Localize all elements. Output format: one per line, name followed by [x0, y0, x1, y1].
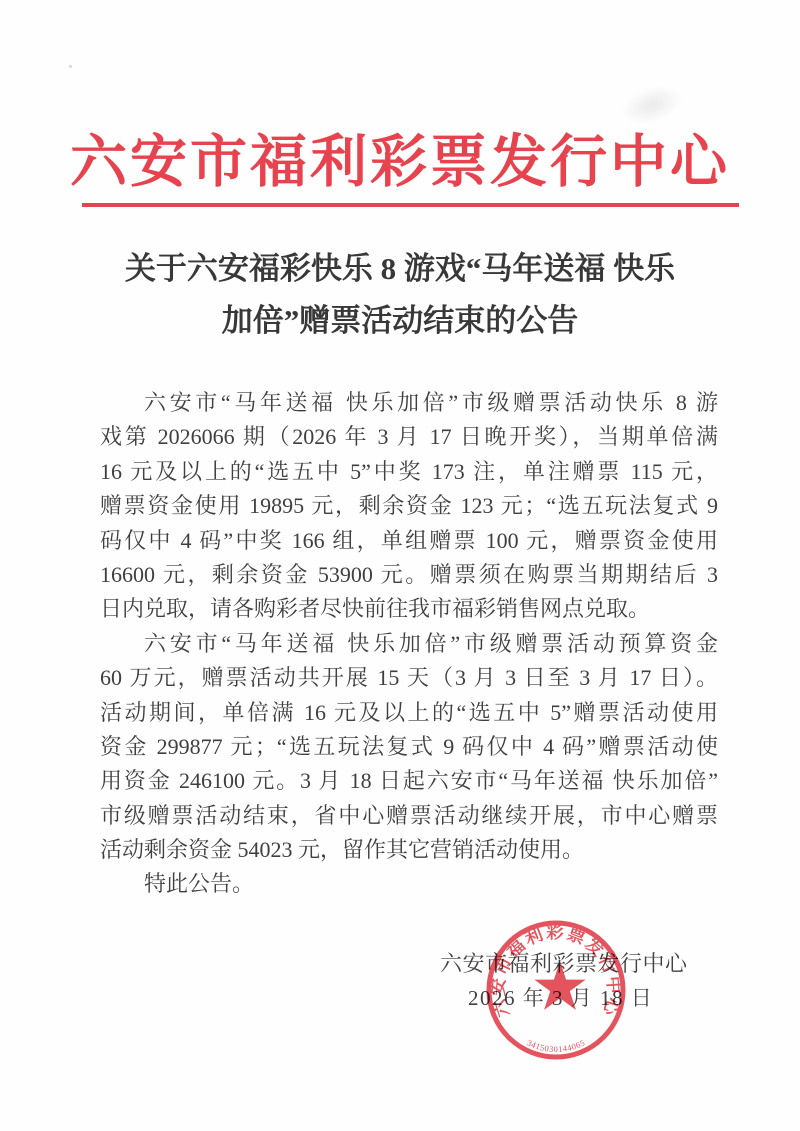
body-line: 六安市“马年送福 快乐加倍”市级赠票活动快乐 8 游	[100, 386, 718, 420]
letterhead-org-name: 六安市福利彩票发行中心	[0, 126, 800, 200]
seal-star-icon	[534, 961, 585, 1010]
body-line: 市级赠票活动结束，省中心赠票活动继续开展，市中心赠票	[100, 799, 718, 833]
scan-smudge	[616, 79, 687, 131]
body-line: 码仅中 4 码”中奖 166 组，单组赠票 100 元，赠票资金使用	[100, 524, 718, 558]
body-line: 60 万元，赠票活动共开展 15 天（3 月 3 日至 3 月 17 日）。	[100, 661, 718, 695]
body-text: 六安市“马年送福 快乐加倍”市级赠票活动快乐 8 游戏第 2026066 期（2…	[100, 386, 718, 902]
seal-ring-text-holder: 六安市福利彩票发行中心	[487, 922, 624, 1020]
body-line: 活动期间，单倍满 16 元及以上的“选五中 5”赠票活动使用	[100, 696, 718, 730]
scan-speck	[69, 65, 72, 68]
body-line: 赠票资金使用 19895 元，剩余资金 123 元；“选五玩法复式 9	[100, 489, 718, 523]
letterhead-rule	[82, 203, 739, 207]
document-title-line1: 关于六安福彩快乐 8 游戏“马年送福 快乐	[0, 243, 800, 295]
document-title: 关于六安福彩快乐 8 游戏“马年送福 快乐 加倍”赠票活动结束的公告	[0, 243, 800, 347]
body-line: 戏第 2026066 期（2026 年 3 月 17 日晚开奖），当期单倍满	[100, 420, 718, 454]
document-title-line2: 加倍”赠票活动结束的公告	[0, 295, 800, 347]
body-line: 特此公告。	[100, 867, 718, 901]
body-line: 用资金 246100 元。3 月 18 日起六安市“马年送福 快乐加倍”	[100, 764, 718, 798]
document-page: 六安市福利彩票发行中心 关于六安福彩快乐 8 游戏“马年送福 快乐 加倍”赠票活…	[0, 0, 800, 1131]
body-line: 活动剩余资金 54023 元，留作其它营销活动使用。	[100, 833, 718, 867]
body-line: 六安市“马年送福 快乐加倍”市级赠票活动预算资金	[100, 627, 718, 661]
seal-ring-text: 六安市福利彩票发行中心	[487, 922, 624, 1020]
body-line: 16600 元，剩余资金 53900 元。赠票须在购票当期期结后 3	[100, 558, 718, 592]
body-line: 16 元及以上的“选五中 5”中奖 173 注，单注赠票 115 元，	[100, 455, 718, 489]
body-line: 日内兑取，请各购彩者尽快前往我市福彩销售网点兑取。	[100, 592, 718, 626]
official-seal: 六安市福利彩票发行中心 3415030144065	[481, 915, 631, 1065]
body-line: 资金 299877 元；“选五玩法复式 9 码仅中 4 码”赠票活动使	[100, 730, 718, 764]
